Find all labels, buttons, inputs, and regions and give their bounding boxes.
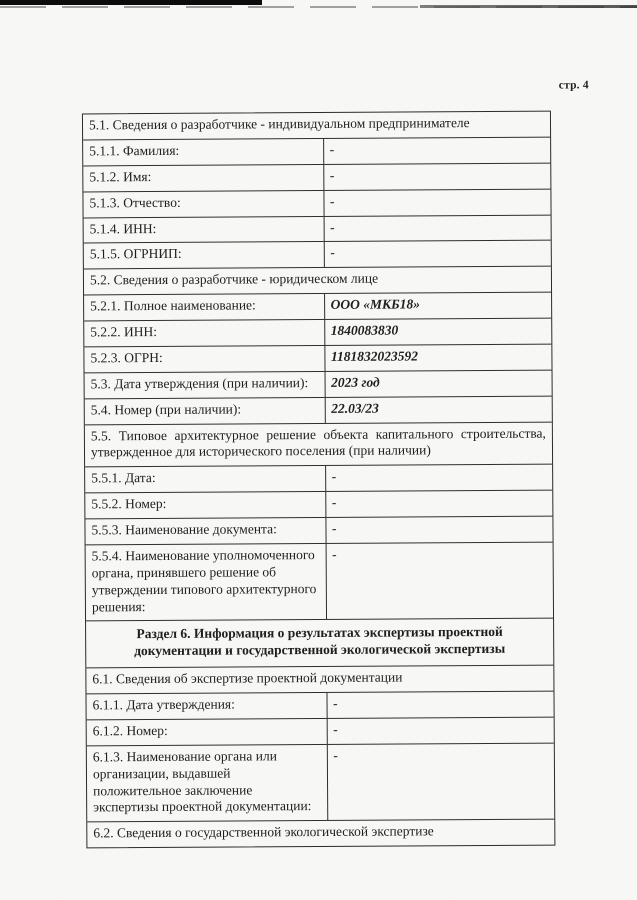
row-value: 2023 год xyxy=(325,370,552,396)
row-value: ООО «МКБ18» xyxy=(325,293,552,319)
row-label: 5.1.5. ОГРНИП: xyxy=(84,242,325,268)
table-row: 5.2.1. Полное наименование:ООО «МКБ18» xyxy=(84,292,551,321)
table-row: 5.5.1. Дата:- xyxy=(85,464,552,493)
table-row: 5.1.3. Отчество:- xyxy=(83,188,550,217)
table-row: 5.2.3. ОГРН:1181832023592 xyxy=(84,343,551,372)
row-label: 5.2.2. ИНН: xyxy=(84,320,325,346)
table-row: 5.2. Сведения о разработчике - юридическ… xyxy=(84,266,551,295)
table-row: 5.5.2. Номер:- xyxy=(85,490,552,519)
row-label: 5.3. Дата утверждения (при наличии): xyxy=(85,372,326,398)
row-value: 22.03/23 xyxy=(325,396,552,422)
row-value: - xyxy=(324,189,551,215)
row-label: 5.2.1. Полное наименование: xyxy=(84,294,325,320)
table-row: 6.1. Сведения об экспертизе проектной до… xyxy=(86,665,553,694)
row-value: - xyxy=(327,692,554,718)
row-value: - xyxy=(324,241,551,267)
row-value: 1840083830 xyxy=(325,319,552,345)
row-value: - xyxy=(326,465,553,491)
row-value: - xyxy=(324,137,551,163)
row-value: - xyxy=(326,542,553,619)
row-label: 5.5.2. Номер: xyxy=(85,492,326,518)
section-label: Раздел 6. Информация о результатах экспе… xyxy=(86,619,553,668)
table-row: 5.1.1. Фамилия:- xyxy=(83,136,550,165)
section-label: 5.5. Типовое архитектурное решение объек… xyxy=(85,422,552,467)
row-value: - xyxy=(324,215,551,241)
table-row: 6.1.1. Дата утверждения:- xyxy=(86,691,553,720)
section-label: 5.1. Сведения о разработчике - индивидуа… xyxy=(83,112,550,140)
table-row: 5.1.4. ИНН:- xyxy=(84,214,551,243)
section-label: 6.2. Сведения о государственной экологич… xyxy=(87,820,554,848)
row-value: 1181832023592 xyxy=(325,344,552,370)
table-row: 5.1. Сведения о разработчике - индивидуа… xyxy=(83,112,550,140)
table-row: 5.5.4. Наименование уполномоченного орга… xyxy=(86,541,553,620)
row-label: 6.1.3. Наименование органа или организац… xyxy=(87,745,328,822)
row-label: 6.1.1. Дата утверждения: xyxy=(86,693,327,719)
row-label: 5.5.1. Дата: xyxy=(85,466,326,492)
table-row: 5.4. Номер (при наличии):22.03/23 xyxy=(85,395,552,424)
scan-artifact-bar xyxy=(0,0,262,5)
row-label: 5.2.3. ОГРН: xyxy=(84,346,325,372)
scanned-page: стр. 4 5.1. Сведения о разработчике - ин… xyxy=(0,0,637,900)
table-row: 6.2. Сведения о государственной экологич… xyxy=(87,819,554,848)
table-row: 5.5. Типовое архитектурное решение объек… xyxy=(85,421,552,467)
table-row: 5.1.2. Имя:- xyxy=(83,162,550,191)
row-value: - xyxy=(327,717,554,743)
row-label: 5.1.2. Имя: xyxy=(83,165,324,191)
row-value: - xyxy=(324,163,551,189)
row-label: 5.5.3. Наименование документа: xyxy=(85,518,326,544)
table-row: 5.5.3. Наименование документа:- xyxy=(85,516,552,545)
row-label: 5.5.4. Наименование уполномоченного орга… xyxy=(86,544,327,621)
row-value: - xyxy=(326,491,553,517)
row-label: 5.1.3. Отчество: xyxy=(83,191,324,217)
row-label: 5.1.4. ИНН: xyxy=(84,216,325,242)
table-row: Раздел 6. Информация о результатах экспе… xyxy=(86,618,553,668)
table-row: 5.3. Дата утверждения (при наличии):2023… xyxy=(85,369,552,398)
row-label: 5.1.1. Фамилия: xyxy=(83,139,324,165)
section-label: 5.2. Сведения о разработчике - юридическ… xyxy=(84,267,551,295)
row-value: - xyxy=(326,517,553,543)
row-value: - xyxy=(327,743,554,820)
table-row: 6.1.3. Наименование органа или организац… xyxy=(87,742,554,821)
table-row: 5.2.2. ИНН:1840083830 xyxy=(84,318,551,347)
scan-artifact-line-right xyxy=(420,5,637,8)
table-row: 6.1.2. Номер:- xyxy=(87,716,554,745)
table-row: 5.1.5. ОГРНИП:- xyxy=(84,240,551,269)
row-label: 5.4. Номер (при наличии): xyxy=(85,398,326,424)
section-label: 6.1. Сведения об экспертизе проектной до… xyxy=(86,666,553,694)
page-number: стр. 4 xyxy=(559,79,589,91)
document-table: 5.1. Сведения о разработчике - индивидуа… xyxy=(82,111,555,849)
row-label: 6.1.2. Номер: xyxy=(87,719,328,745)
